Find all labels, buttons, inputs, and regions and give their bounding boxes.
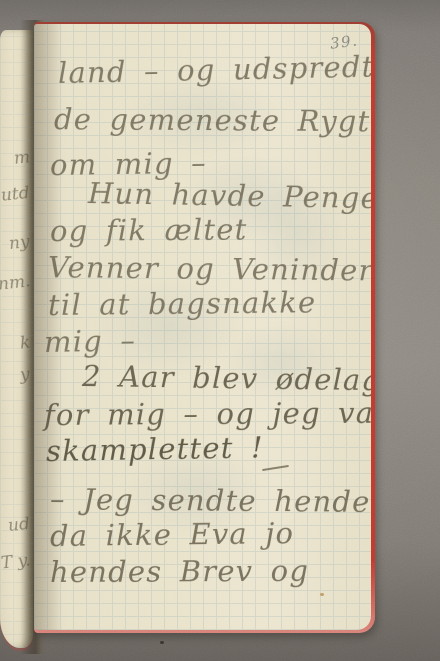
handwriting-fragment: hutd [0,183,31,207]
handwriting-line: land – og udspredtes [58,51,371,90]
handwriting-fragment: y [19,365,31,386]
handwriting-line: 2 Aar blev ødelagt [82,361,371,397]
handwriting-line: for mig – og jeg var [44,398,371,432]
handwriting-line: til at bagsnakke [48,287,317,321]
left-page-edge: m hutd ny nm. k y ud T y. [0,30,33,648]
photo-backdrop: m hutd ny nm. k y ud T y. 39. land – og … [0,0,440,661]
handwriting-line: og fik æltet [50,214,248,247]
handwriting-line: da ikke Eva jo [50,518,295,552]
handwriting-line: de gemeneste Rygter [54,104,371,138]
handwriting-fragment: ny [8,232,31,254]
handwriting-line: mig – [44,325,137,358]
emphasis-underline-stroke [262,465,289,471]
handwriting-line: Hun havde Penge [88,178,371,214]
paper-speck [320,593,324,596]
red-page-edge: 39. land – og udspredtes de gemeneste Ry… [34,22,375,633]
notebook-page: 39. land – og udspredtes de gemeneste Ry… [34,24,371,630]
handwriting-line: skamplettet ! [46,432,264,467]
handwriting-line: Venner og Veninder [48,252,371,287]
handwriting-fragment: ud [7,514,31,536]
handwriting-fragment: nm. [0,271,31,294]
handwriting-fragment: k [19,333,31,354]
handwriting-line: – Jeg sendte hende [50,484,371,518]
handwriting-fragment: T y. [0,551,31,574]
handwriting-line: hendes Brev og [50,556,309,589]
handwriting-fragment: m [13,147,31,169]
backdrop-speck [160,641,164,644]
